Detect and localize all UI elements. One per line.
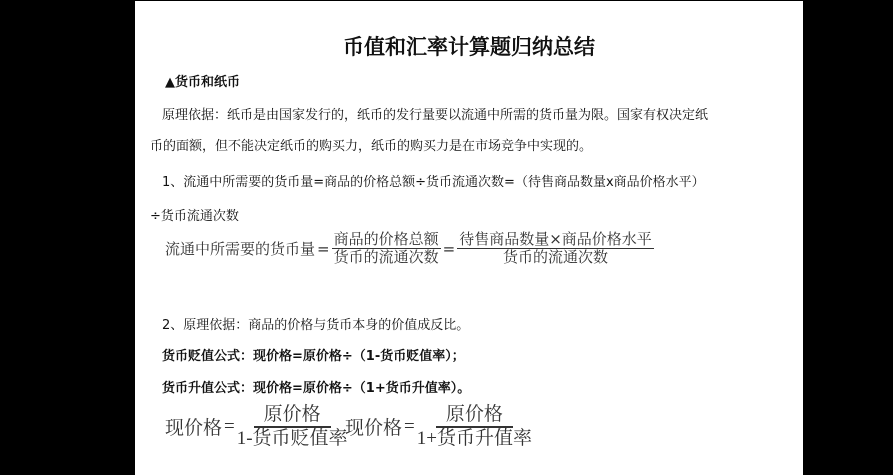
formula-lhs: 流通中所需要的货币量 — [165, 238, 315, 259]
fraction-denominator: 1-货币贬值率 — [237, 428, 348, 450]
fraction-numerator: 商品的价格总额 — [332, 231, 441, 249]
point-1-line: ÷货币流通次数 — [150, 205, 239, 224]
equals-sign: = — [224, 416, 235, 438]
fraction: 待售商品数量×商品价格水平 货币的流通次数 — [457, 231, 654, 267]
fraction-numerator: 待售商品数量×商品价格水平 — [457, 231, 654, 249]
equals-sign: = — [404, 416, 415, 438]
depreciation-formula-text: 货币贬值公式：现价格=原价格÷（1-货币贬值率）； — [162, 345, 465, 364]
fraction-numerator: 原价格 — [436, 404, 513, 428]
depreciation-formula: 现价格 = 原价格 1-货币贬值率 — [165, 404, 348, 450]
equals-sign: = — [317, 240, 330, 258]
paragraph-line: 原理依据：纸币是由国家发行的，纸币的发行量要以流通中所需的货币量为限。国家有权决… — [162, 104, 708, 123]
appreciation-formula-text: 货币升值公式：现价格=原价格÷（1+货币升值率）。 — [162, 377, 470, 396]
formula-lhs: 现价格 — [345, 413, 402, 440]
document-title: 币值和汇率计算题归纳总结 — [135, 31, 803, 61]
fraction-numerator: 原价格 — [254, 404, 331, 428]
fraction-denominator: 货币的流通次数 — [503, 249, 608, 266]
point-1-line: 1、流通中所需要的货币量=商品的价格总额÷货币流通次数=（待售商品数量x商品价格… — [162, 171, 705, 190]
paragraph-line: 币的面额，但不能决定纸币的购买力，纸币的购买力是在市场竞争中实现的。 — [150, 135, 592, 154]
fraction: 原价格 1-货币贬值率 — [237, 404, 348, 450]
fraction-denominator: 1+货币升值率 — [417, 428, 532, 450]
formula-lhs: 现价格 — [165, 413, 222, 440]
section-heading: ▲货币和纸币 — [165, 71, 240, 90]
point-2-line: 2、原理依据：商品的价格与货币本身的价值成反比。 — [162, 314, 469, 333]
appreciation-formula: 现价格 = 原价格 1+货币升值率 — [345, 404, 532, 450]
document-page: 币值和汇率计算题归纳总结 ▲货币和纸币 原理依据：纸币是由国家发行的，纸币的发行… — [135, 1, 803, 475]
money-supply-formula: 流通中所需要的货币量 = 商品的价格总额 货币的流通次数 = 待售商品数量×商品… — [165, 231, 654, 267]
equals-sign: = — [443, 240, 456, 258]
fraction-denominator: 货币的流通次数 — [334, 249, 439, 266]
fraction: 商品的价格总额 货币的流通次数 — [332, 231, 441, 267]
fraction: 原价格 1+货币升值率 — [417, 404, 532, 450]
